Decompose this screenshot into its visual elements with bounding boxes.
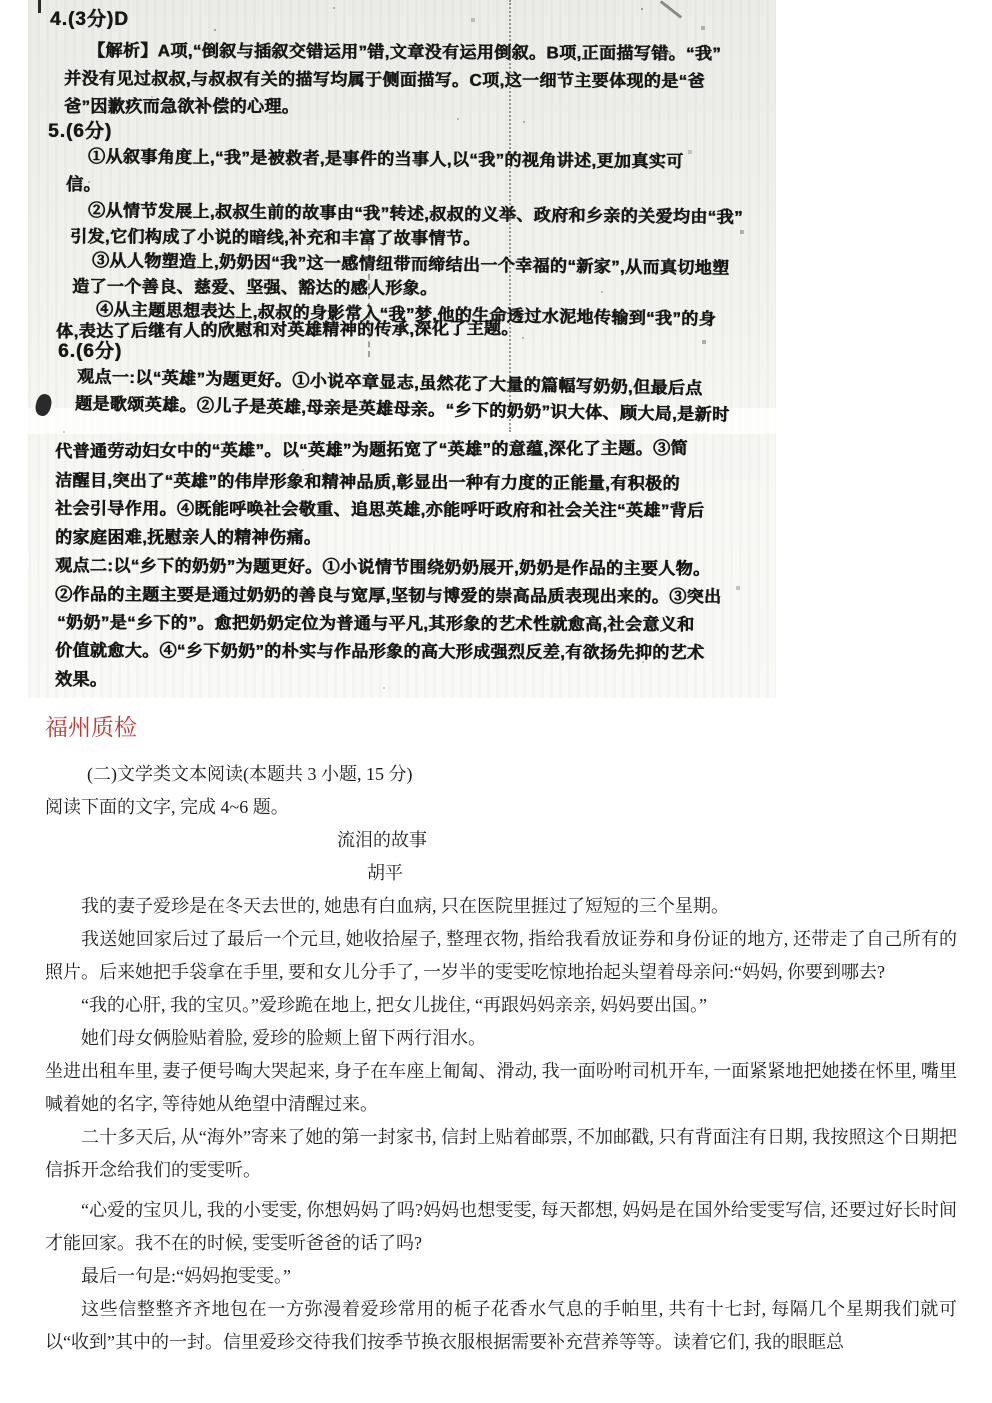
scan-line: 爸”因歉疚而急欲补偿的心理。 (64, 92, 299, 117)
scan-line: ①从叙事角度上,“我”是被救者,是事件的当事人,以“我”的视角讲述,更加真实可 (88, 142, 684, 172)
scan-answer5-header: 5.(6分) (48, 116, 112, 143)
scan-line: ②作品的主题主要是通过奶奶的善良与宽厚,坚韧与博爱的崇高品质表现出来的。③突出 (55, 580, 721, 607)
scan-answer4-header: 4.(3分)D (50, 4, 129, 31)
scan-line: 并没有见过叔叔,与叔叔有关的描写均属于侧面描写。C项,这一细节主要体现的是“爸 (64, 64, 705, 92)
scan-line: 洁醒目,突出了“英雄”的伟岸形象和精神品质,彰显出一种有力度的正能量,有积极的 (55, 466, 680, 494)
reading-instruction: 阅读下面的文字, 完成 4~6 题。 (45, 791, 957, 824)
scan-answer6-header: 6.(6分) (58, 336, 122, 363)
scan-line: 体,表达了后继有人的欣慰和对英雄精神的传承,深化了主题。 (56, 314, 519, 342)
exam-source-label: 福州质检 (45, 713, 957, 743)
scan-line: 信。 (66, 170, 101, 195)
scan-line: 社会引导作用。④既能呼唤社会敬重、追思英雄,亦能呼吁政府和社会关注“英雄”背后 (55, 494, 704, 521)
article-paragraph: 坐进出租车里, 妻子便号啕大哭起来, 身子在车座上匍匐、滑动, 我一面吩咐司机开… (45, 1055, 957, 1121)
scan-line: 代普通劳动妇女中的“英雄”。以“英雄”为题拓宽了“英雄”的意蕴,深化了主题。③简 (55, 434, 688, 462)
section-heading: (二)文学类文本阅读(本题共 3 小题, 15 分) (45, 758, 957, 791)
scan-line: 的家庭困难,抚慰亲人的精神伤痛。 (55, 523, 321, 548)
article-paragraph: 这些信整整齐齐地包在一方弥漫着爱珍常用的栀子花香水气息的手帕里, 共有十七封, … (45, 1293, 957, 1359)
scan-line: 效果。 (55, 665, 107, 690)
scan-line: “奶奶”是“乡下的”。愈把奶奶定位为普通与平凡,其形象的艺术性就愈高,社会意义和 (57, 608, 695, 635)
typed-section: 福州质检 (二)文学类文本阅读(本题共 3 小题, 15 分) 阅读下面的文字,… (45, 700, 957, 1359)
article-paragraph: 最后一句是:“妈妈抱雯雯。” (45, 1260, 957, 1293)
exam-document-page: 4.(3分)D 【解析】A项,“倒叙与插叙交错运用”错,文章没有运用倒叙。B项,… (0, 0, 992, 1403)
article-paragraph: 我送她回家后过了最后一个元旦, 她收拾屋子, 整理衣物, 指给我看放证券和身份证… (45, 923, 957, 989)
scan-noise (0, 0, 2, 2)
article-paragraph: “心爱的宝贝儿, 我的小雯雯, 你想妈妈了吗?妈妈也想雯雯, 每天都想, 妈妈是… (45, 1194, 957, 1260)
article-paragraph: “我的心肝, 我的宝贝。”爱珍跪在地上, 把女儿拢住, “再跟妈妈亲亲, 妈妈要… (45, 989, 957, 1022)
scan-edge-mark (38, 0, 41, 13)
article-paragraph: 她们母女俩脸贴着脸, 爱珍的脸颊上留下两行泪水。 (45, 1022, 957, 1055)
scan-line: 引发,它们构成了小说的暗线,补充和丰富了故事情节。 (70, 222, 481, 249)
scan-line: 【解析】A项,“倒叙与插叙交错运用”错,文章没有运用倒叙。B项,正面描写错。“我… (88, 36, 721, 64)
article-paragraph: 我的妻子爱珍是在冬天去世的, 她患有白血病, 只在医院里捱过了短短的三个星期。 (45, 890, 957, 923)
article-paragraph: 二十多天后, 从“海外”寄来了她的第一封家书, 信封上贴着邮票, 不加邮戳, 只… (45, 1121, 957, 1187)
scan-line: 价值就愈大。④“乡下奶奶”的朴实与作品形象的高大形成强烈反差,有欲扬先抑的艺术 (55, 636, 704, 663)
article-title: 流泪的故事 (337, 824, 957, 857)
scan-line: 观点二:以“乡下的奶奶”为题更好。①小说情节围绕奶奶展开,奶奶是作品的主要人物。 (55, 551, 711, 579)
article-author: 胡平 (367, 857, 957, 890)
